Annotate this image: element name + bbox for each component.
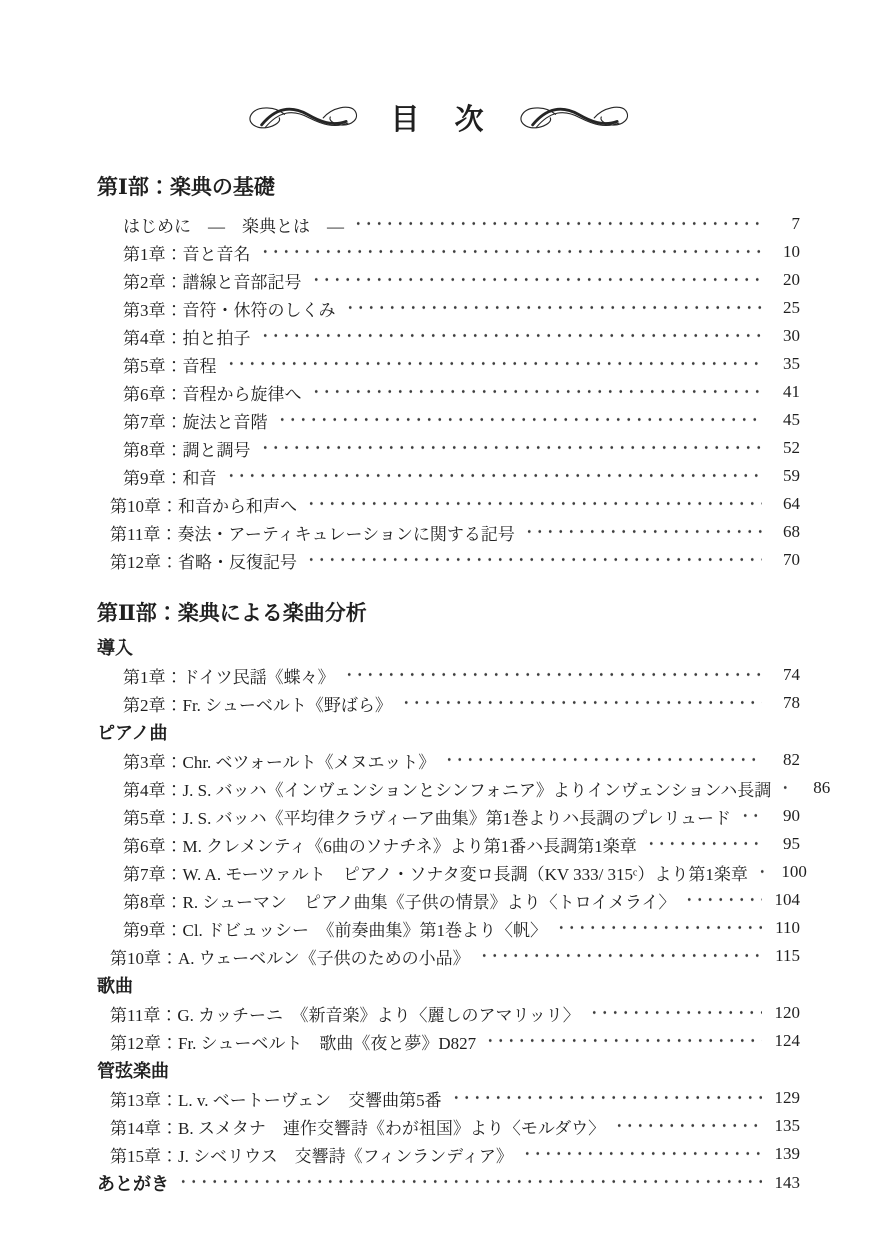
toc-entry: 第7章：W. A. モーツァルト ピアノ・ソナタ変ロ長調（KV 333/ 315…	[97, 858, 800, 886]
toc-entry-label: 第3章：音符・休符のしくみ	[123, 296, 336, 321]
toc-entry: はじめに ― 楽典とは ― 7	[97, 210, 800, 238]
toc-entry: 第1章：ドイツ民謡《蝶々》 74	[97, 661, 800, 689]
toc-entry-page: 110	[768, 918, 800, 938]
toc-entry-label: 第1章：音と音名	[123, 240, 251, 265]
dot-leader	[260, 238, 763, 266]
toc-entry: 第9章：Cl. ドビュッシー 《前奏曲集》第1巻より〈帆〉 110	[97, 914, 800, 942]
toc-entry-label: 第1章：ドイツ民謡《蝶々》	[123, 663, 335, 688]
toc-entry-label: 第12章：Fr. シューベルト 歌曲《夜と夢》D827	[110, 1029, 476, 1054]
dot-leader	[614, 1112, 762, 1140]
part2-heading: 第Ⅱ部：楽典による楽曲分析	[97, 598, 800, 628]
dot-leader	[479, 942, 762, 970]
toc-entry-label: 第10章：A. ウェーベルン《子供のための小品》	[110, 944, 470, 969]
toc-entry: 第8章：調と調号 52	[97, 434, 800, 462]
toc-entry-label: 第6章：M. クレメンティ《6曲のソナチネ》より第1番ハ長調第1楽章	[123, 832, 637, 857]
toc-entry: 第2章：Fr. シューベルト《野ばら》 78	[97, 689, 800, 717]
toc-entry-page: 35	[768, 354, 800, 374]
toc-entry: 第12章：Fr. シューベルト 歌曲《夜と夢》D827 124	[97, 1027, 800, 1055]
toc-entry: 第6章：音程から旋律へ 41	[97, 378, 800, 406]
afterword-page: 143	[768, 1173, 800, 1193]
toc-entry-label: 第13章：L. v. ベートーヴェン 交響曲第5番	[110, 1086, 442, 1111]
dot-leader	[485, 1027, 762, 1055]
toc-entry-label: はじめに ― 楽典とは ―	[123, 212, 344, 237]
toc-entry-label: 第15章：J. シベリウス 交響詩《フィンランディア》	[110, 1142, 513, 1167]
dot-leader	[311, 378, 763, 406]
dot-leader	[178, 1168, 762, 1197]
part2-section: 第Ⅱ部：楽典による楽曲分析 導入 第1章：ドイツ民謡《蝶々》 74 第2章：Fr…	[97, 598, 800, 1168]
dot-leader	[260, 322, 763, 350]
toc-entry-page: 104	[768, 890, 800, 910]
dot-leader	[226, 350, 763, 378]
toc-entry-label: 第12章：省略・反復記号	[110, 548, 297, 573]
toc-entry: 第3章：音符・休符のしくみ 25	[97, 294, 800, 322]
toc-entry: 第4章：J. S. バッハ《インヴェンションとシンフォニア》よりインヴェンション…	[97, 774, 800, 802]
toc-entry-page: 64	[768, 494, 800, 514]
toc-entry-label: 第14章：B. スメタナ 連作交響詩《わが祖国》より〈モルダウ〉	[110, 1114, 605, 1139]
dot-leader	[646, 830, 762, 858]
toc-entry-label: 第11章：奏法・アーティキュレーションに関する記号	[110, 520, 515, 545]
toc-entry-page: 59	[768, 466, 800, 486]
toc-entry-label: 第5章：音程	[123, 352, 217, 377]
toc-entry-page: 90	[768, 806, 800, 826]
dot-leader	[345, 294, 763, 322]
toc-entry: 第1章：音と音名 10	[97, 238, 800, 266]
toc-entry: 第11章：奏法・アーティキュレーションに関する記号 68	[97, 518, 800, 546]
toc-entry: 第9章：和音 59	[97, 462, 800, 490]
dot-leader	[306, 490, 762, 518]
dot-leader	[522, 1140, 762, 1168]
toc-entry-page: 68	[768, 522, 800, 542]
swash-flourish-left-icon	[244, 95, 362, 139]
part1-section: 第Ⅰ部：楽典の基礎 はじめに ― 楽典とは ― 7 第1章：音と音名 10 第2…	[97, 172, 800, 574]
toc-entry: 第4章：拍と拍子 30	[97, 322, 800, 350]
toc-entry-label: 第2章：譜線と音部記号	[123, 268, 302, 293]
toc-entry: 第5章：J. S. バッハ《平均律クラヴィーア曲集》第1巻よりハ長調のプレリュー…	[97, 802, 800, 830]
toc-entry-page: 135	[768, 1116, 800, 1136]
dot-leader	[444, 746, 762, 774]
dot-leader	[306, 546, 762, 574]
toc-entry-label: 第3章：Chr. ベツォールト《メヌエット》	[123, 748, 435, 773]
toc-entry: 第12章：省略・反復記号 70	[97, 546, 800, 574]
toc-entry-label: 第5章：J. S. バッハ《平均律クラヴィーア曲集》第1巻よりハ長調のプレリュー…	[123, 804, 731, 829]
afterword-entry: あとがき 143	[97, 1168, 800, 1197]
swash-flourish-right-icon	[515, 95, 633, 139]
toc-entry-label: 第2章：Fr. シューベルト《野ばら》	[123, 691, 392, 716]
toc-entry-page: 70	[768, 550, 800, 570]
toc-entry-page: 45	[768, 410, 800, 430]
toc-entry-label: 第11章：G. カッチーニ 《新音楽》より〈麗しのアマリッリ〉	[110, 1001, 580, 1026]
toc-entry: 第10章：A. ウェーベルン《子供のための小品》 115	[97, 942, 800, 970]
title-row: 目 次	[77, 94, 800, 140]
dot-leader	[260, 434, 763, 462]
dot-leader	[311, 266, 763, 294]
toc-entry-label: 第9章：Cl. ドビュッシー 《前奏曲集》第1巻より〈帆〉	[123, 916, 547, 941]
toc-entry-page: 78	[768, 693, 800, 713]
toc-entry: 第5章：音程 35	[97, 350, 800, 378]
part1-heading: 第Ⅰ部：楽典の基礎	[97, 172, 800, 202]
toc-entry: 第11章：G. カッチーニ 《新音楽》より〈麗しのアマリッリ〉 120	[97, 999, 800, 1027]
group-label: ピアノ曲	[97, 717, 800, 746]
toc-entry: 第14章：B. スメタナ 連作交響詩《わが祖国》より〈モルダウ〉 135	[97, 1112, 800, 1140]
toc-entry: 第15章：J. シベリウス 交響詩《フィンランディア》 139	[97, 1140, 800, 1168]
dot-leader	[740, 802, 762, 830]
toc-entry-page: 100	[775, 862, 807, 882]
toc-entry-label: 第7章：旋法と音階	[123, 408, 268, 433]
group-label: 導入	[97, 632, 800, 661]
toc-entry-page: 74	[768, 665, 800, 685]
toc-entry-page: 124	[768, 1031, 800, 1051]
toc-entry-page: 129	[768, 1088, 800, 1108]
dot-leader	[451, 1084, 762, 1112]
toc-entry: 第6章：M. クレメンティ《6曲のソナチネ》より第1番ハ長調第1楽章 95	[97, 830, 800, 858]
toc-entry-label: 第9章：和音	[123, 464, 217, 489]
toc-entry: 第2章：譜線と音部記号 20	[97, 266, 800, 294]
toc-entry-label: 第4章：拍と拍子	[123, 324, 251, 349]
toc-entry-page: 52	[768, 438, 800, 458]
dot-leader	[524, 518, 762, 546]
dot-leader	[780, 774, 792, 802]
toc-entry-page: 95	[768, 834, 800, 854]
toc-page: 目 次 第Ⅰ部：楽典の基礎 はじめに ― 楽典とは ― 7 第1章：音と音名 1…	[0, 0, 874, 1236]
toc-entry-label: 第8章：R. シューマン ピアノ曲集《子供の情景》より〈トロイメライ〉	[123, 888, 675, 913]
dot-leader	[226, 462, 763, 490]
dot-leader	[684, 886, 762, 914]
toc-entry-page: 20	[768, 270, 800, 290]
toc-entry-label: 第7章：W. A. モーツァルト ピアノ・ソナタ変ロ長調（KV 333/ 315…	[123, 860, 748, 885]
toc-entry: 第7章：旋法と音階 45	[97, 406, 800, 434]
dot-leader	[757, 858, 769, 886]
dot-leader	[344, 661, 762, 689]
dot-leader	[401, 689, 762, 717]
dot-leader	[353, 210, 762, 238]
toc-entry-page: 86	[798, 778, 830, 798]
afterword-label: あとがき	[97, 1170, 169, 1196]
toc-entry: 第8章：R. シューマン ピアノ曲集《子供の情景》より〈トロイメライ〉 104	[97, 886, 800, 914]
toc-entry-page: 25	[768, 298, 800, 318]
toc-entry-page: 82	[768, 750, 800, 770]
toc-entry-page: 30	[768, 326, 800, 346]
toc-entry: 第13章：L. v. ベートーヴェン 交響曲第5番 129	[97, 1084, 800, 1112]
toc-entry-label: 第8章：調と調号	[123, 436, 251, 461]
toc-entry: 第3章：Chr. ベツォールト《メヌエット》 82	[97, 746, 800, 774]
group-label: 管弦楽曲	[97, 1055, 800, 1084]
group-label: 歌曲	[97, 970, 800, 999]
toc-entry: 第10章：和音から和声へ 64	[97, 490, 800, 518]
dot-leader	[556, 914, 762, 942]
toc-entry-page: 10	[768, 242, 800, 262]
page-title: 目 次	[390, 97, 486, 138]
toc-entry-page: 120	[768, 1003, 800, 1023]
dot-leader	[589, 999, 762, 1027]
toc-entry-page: 41	[768, 382, 800, 402]
toc-entry-label: 第6章：音程から旋律へ	[123, 380, 302, 405]
toc-entry-page: 7	[768, 214, 800, 234]
toc-entry-page: 139	[768, 1144, 800, 1164]
toc-entry-label: 第4章：J. S. バッハ《インヴェンションとシンフォニア》よりインヴェンション…	[123, 776, 771, 801]
dot-leader	[277, 406, 763, 434]
toc-entry-label: 第10章：和音から和声へ	[110, 492, 297, 517]
toc-entry-page: 115	[768, 946, 800, 966]
